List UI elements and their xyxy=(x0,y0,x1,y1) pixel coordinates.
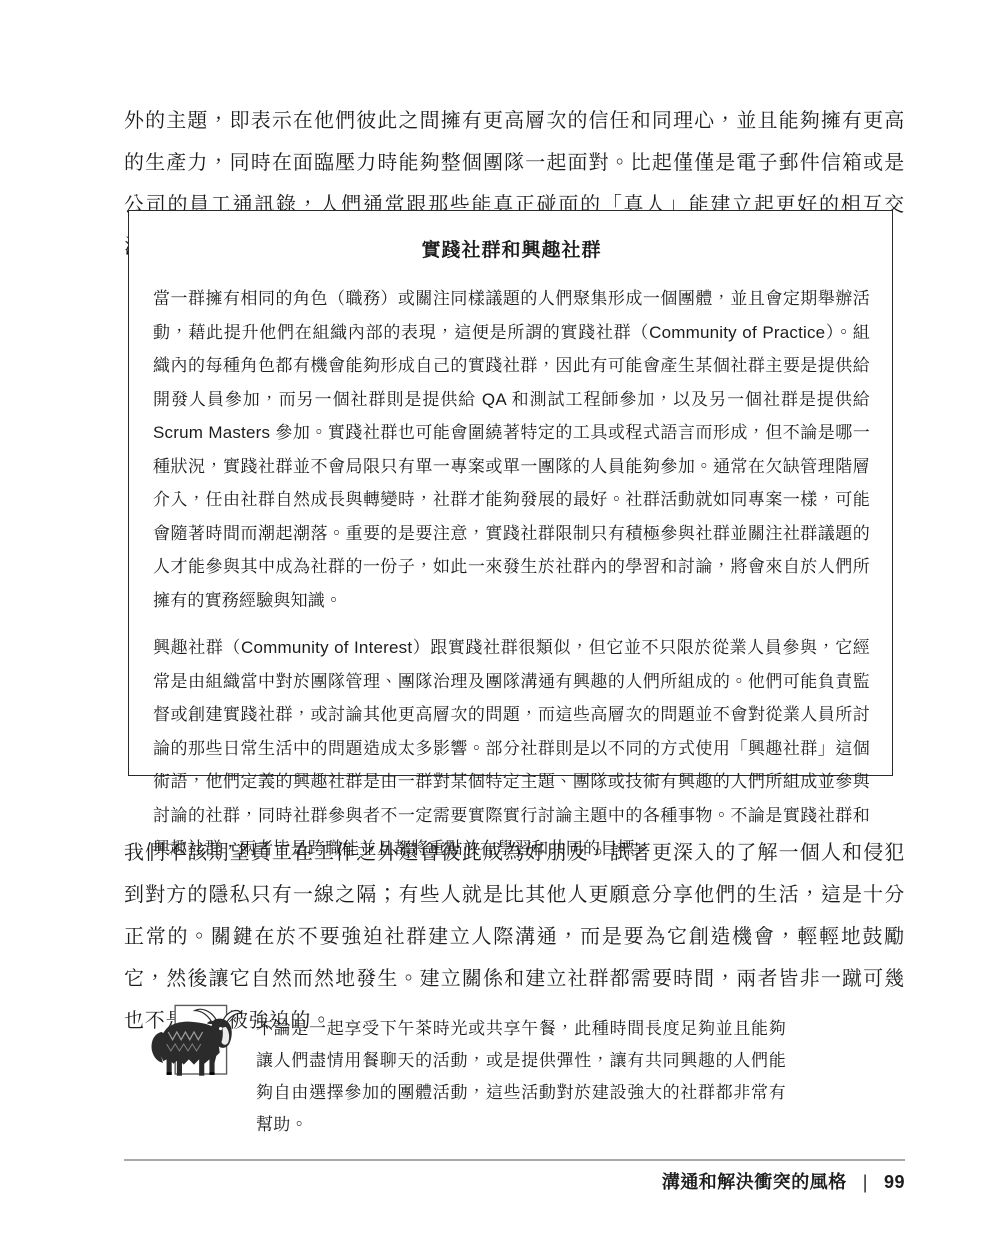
callout-title: 實踐社群和興趣社群 xyxy=(153,235,870,262)
callout-paragraph-practice: 當一群擁有相同的角色（職務）或關注同樣議題的人們聚集形成一個團體，並且會定期舉辦… xyxy=(153,282,870,617)
sidebar-box-communities: 實踐社群和興趣社群 當一群擁有相同的角色（職務）或關注同樣議題的人們聚集形成一個… xyxy=(128,210,893,776)
yak-icon xyxy=(146,1000,242,1093)
callout-paragraph-interest: 興趣社群（Community of Interest）跟實踐社群很類似，但它並不… xyxy=(153,631,870,866)
footer-separator: | xyxy=(863,1171,868,1194)
footer-page-number: 99 xyxy=(884,1172,905,1192)
book-page: 外的主題，即表示在他們彼此之間擁有更高層次的信任和同理心，並且能夠擁有更高的生產… xyxy=(0,0,1000,1241)
tip-block: 不論是一起享受下午茶時光或共享午餐，此種時間長度足夠並且能夠讓人們盡情用餐聊天的… xyxy=(146,996,905,1158)
page-footer: 溝通和解決衝突的風格|99 xyxy=(124,1168,905,1194)
footer-chapter-title: 溝通和解決衝突的風格 xyxy=(662,1172,847,1192)
footer-rule xyxy=(124,1159,905,1161)
tip-text: 不論是一起享受下午茶時光或共享午餐，此種時間長度足夠並且能夠讓人們盡情用餐聊天的… xyxy=(256,1013,786,1141)
